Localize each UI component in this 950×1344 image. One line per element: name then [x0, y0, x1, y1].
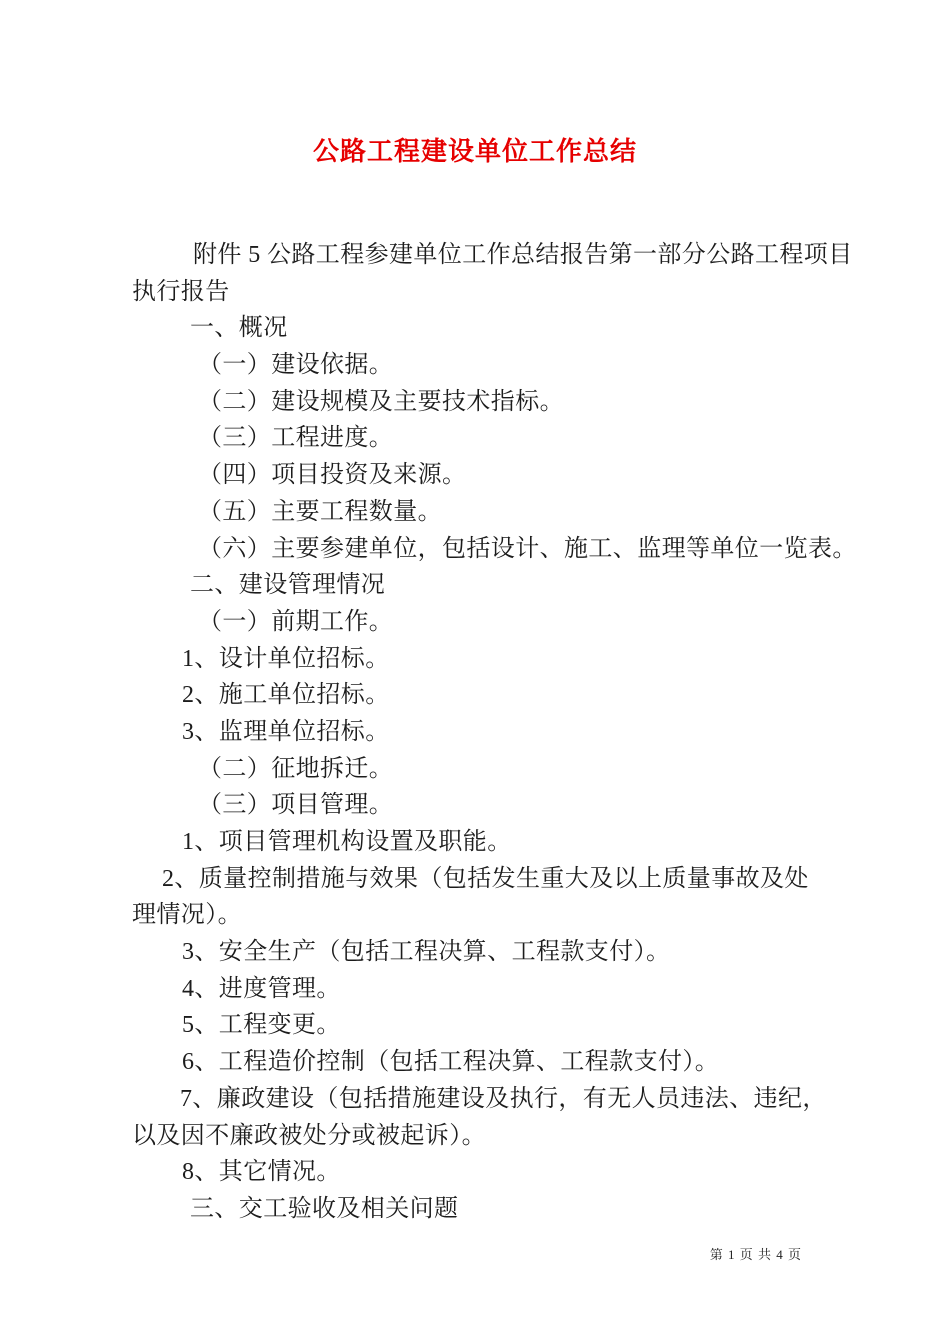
- doc-line: （三）项目管理。: [132, 787, 892, 824]
- doc-line: 执行报告: [132, 274, 892, 311]
- doc-line: 6、工程造价控制（包括工程决算、工程款支付）。: [132, 1044, 892, 1081]
- doc-line: 附件 5 公路工程参建单位工作总结报告第一部分公路工程项目: [132, 237, 892, 274]
- doc-line: （四）项目投资及来源。: [132, 457, 892, 494]
- doc-line: 以及因不廉政被处分或被起诉）。: [132, 1118, 892, 1155]
- doc-line: （二）建设规模及主要技术指标。: [132, 384, 892, 421]
- doc-line: 1、项目管理机构设置及职能。: [132, 824, 892, 861]
- doc-line: 4、进度管理。: [132, 971, 892, 1008]
- doc-line: 3、监理单位招标。: [132, 714, 892, 751]
- doc-line: 二、建设管理情况: [132, 567, 892, 604]
- doc-line: （六）主要参建单位，包括设计、施工、监理等单位一览表。: [132, 531, 892, 568]
- doc-line: 3、安全生产（包括工程决算、工程款支付）。: [132, 934, 892, 971]
- doc-line: 2、质量控制措施与效果（包括发生重大及以上质量事故及处: [132, 861, 892, 898]
- doc-line: 三、交工验收及相关问题: [132, 1191, 892, 1228]
- document-title: 公路工程建设单位工作总结: [0, 131, 950, 168]
- doc-line: 理情况）。: [132, 897, 892, 934]
- doc-line: （五）主要工程数量。: [132, 494, 892, 531]
- document-body: 附件 5 公路工程参建单位工作总结报告第一部分公路工程项目 执行报告 一、概况 …: [132, 237, 892, 1228]
- doc-line: 8、其它情况。: [132, 1154, 892, 1191]
- doc-line: 5、工程变更。: [132, 1007, 892, 1044]
- doc-line: （一）前期工作。: [132, 604, 892, 641]
- doc-line: 2、施工单位招标。: [132, 677, 892, 714]
- doc-line: （一）建设依据。: [132, 347, 892, 384]
- page-number-indicator: 第 1 页 共 4 页: [710, 1244, 802, 1263]
- doc-line: 7、廉政建设（包括措施建设及执行，有无人员违法、违纪，: [132, 1081, 892, 1118]
- document-page: 公路工程建设单位工作总结 附件 5 公路工程参建单位工作总结报告第一部分公路工程…: [0, 0, 950, 1344]
- doc-line: 一、概况: [132, 310, 892, 347]
- doc-line: （三）工程进度。: [132, 420, 892, 457]
- doc-line: 1、设计单位招标。: [132, 641, 892, 678]
- doc-line: （二）征地拆迁。: [132, 751, 892, 788]
